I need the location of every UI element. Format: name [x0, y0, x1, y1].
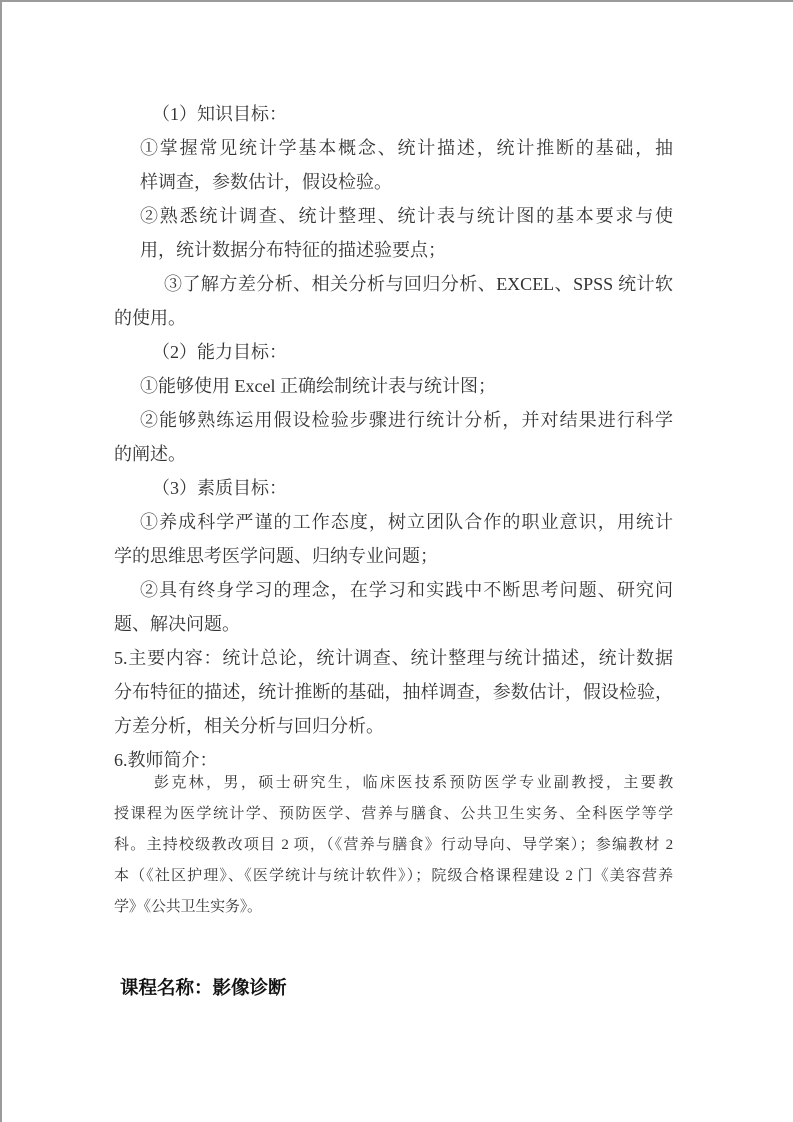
teacher-intro-line5: 学》《公共卫生实务》。 [114, 892, 673, 923]
quality-item2-line1: ②具有终身学习的理念，在学习和实践中不断思考问题、研究问 [114, 573, 673, 607]
quality-item2-line2: 题、解决问题。 [114, 607, 673, 641]
knowledge-objectives-heading: （1）知识目标： [114, 97, 673, 131]
teacher-intro-line3: 科。主持校级教改项目 2 项，（《营养与膳食》行动导向、导学案）；参编教材 2 [114, 830, 673, 861]
document-page: （1）知识目标： ①掌握常见统计学基本概念、统计描述，统计推断的基础，抽 样调查… [0, 0, 793, 1122]
teacher-intro-line1: 彭克林，男，硕士研究生，临床医技系预防医学专业副教授，主要教 [114, 768, 673, 799]
next-course-title: 课程名称：影像诊断 [120, 975, 673, 1001]
teacher-intro-line4: 本（《社区护理》、《医学统计与统计软件》）；院级合格课程建设 2 门《美容营养 [114, 861, 673, 892]
knowledge-item1-line2: 样调查，参数估计，假设检验。 [114, 165, 673, 199]
knowledge-item3-line1: ③了解方差分析、相关分析与回归分析、EXCEL、SPSS 统计软件 [114, 267, 673, 301]
quality-item1-line1: ①养成科学严谨的工作态度，树立团队合作的职业意识，用统计 [114, 505, 673, 539]
knowledge-item3-line2: 的使用。 [114, 301, 673, 335]
ability-objectives-heading: （2）能力目标： [114, 335, 673, 369]
quality-item1-line2: 学的思维思考医学问题、归纳专业问题； [114, 539, 673, 573]
knowledge-objectives-section: （1）知识目标： ①掌握常见统计学基本概念、统计描述，统计推断的基础，抽 样调查… [114, 97, 673, 335]
knowledge-item2-line2: 用，统计数据分布特征的描述验要点； [114, 233, 673, 267]
ability-item2-line2: 的阐述。 [114, 437, 673, 471]
document-text-block: （1）知识目标： ①掌握常见统计学基本概念、统计描述，统计推断的基础，抽 样调查… [114, 97, 673, 1001]
ability-item2-line1: ②能够熟练运用假设检验步骤进行统计分析，并对结果进行科学 [114, 403, 673, 437]
knowledge-item1-line1: ①掌握常见统计学基本概念、统计描述，统计推断的基础，抽 [114, 131, 673, 165]
teacher-intro-line2: 授课程为医学统计学、预防医学、营养与膳食、公共卫生实务、全科医学等学 [114, 799, 673, 830]
quality-objectives-section: （3）素质目标： ①养成科学严谨的工作态度，树立团队合作的职业意识，用统计 学的… [114, 471, 673, 641]
main-content-line1: 5.主要内容：统计总论，统计调查、统计整理与统计描述，统计数据 [114, 641, 673, 675]
main-content-line2: 分布特征的描述，统计推断的基础，抽样调查，参数估计，假设检验， [114, 675, 673, 709]
knowledge-item2-line1: ②熟悉统计调查、统计整理、统计表与统计图的基本要求与使 [114, 199, 673, 233]
ability-objectives-section: （2）能力目标： ①能够使用 Excel 正确绘制统计表与统计图； ②能够熟练运… [114, 335, 673, 471]
main-content-section: 5.主要内容：统计总论，统计调查、统计整理与统计描述，统计数据 分布特征的描述，… [114, 641, 673, 743]
ability-item1-line1: ①能够使用 Excel 正确绘制统计表与统计图； [114, 369, 673, 403]
main-content-line3: 方差分析，相关分析与回归分析。 [114, 709, 673, 743]
quality-objectives-heading: （3）素质目标： [114, 471, 673, 505]
teacher-intro-paragraph: 彭克林，男，硕士研究生，临床医技系预防医学专业副教授，主要教 授课程为医学统计学… [114, 768, 673, 923]
